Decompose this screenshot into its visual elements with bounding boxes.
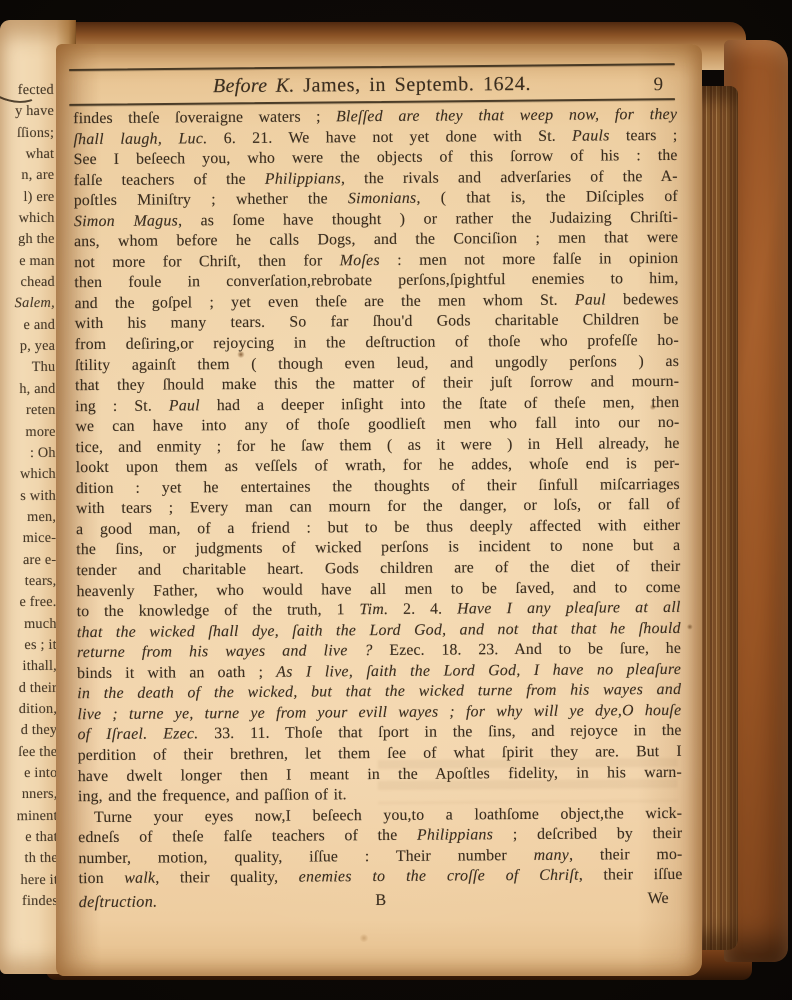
fragment-line: e that [2, 827, 58, 849]
page-content: Before K. James, in Septemb. 1624. 9 fin… [53, 42, 705, 978]
foxing-spot [237, 351, 245, 358]
fragment-line: dition, [1, 699, 57, 721]
fragment-line: what [0, 144, 54, 166]
fragment-line: ſſions; [0, 123, 54, 145]
fragment-line: Salem, [0, 293, 55, 315]
signature-line: deſtruction. B We [79, 889, 683, 915]
fragment-line: fected [0, 80, 54, 102]
fragment-line: d they [1, 720, 57, 742]
fragment-line: e into [1, 763, 57, 785]
fragment-line: findes [2, 891, 58, 913]
foxing-spot [649, 404, 656, 410]
fragment-line: which [0, 208, 55, 230]
fragment-line: d their [1, 677, 57, 699]
fragment-line: here it [2, 870, 58, 892]
fragment-line: which [0, 464, 56, 486]
fragment-line: minent [2, 806, 58, 828]
fragment-line: h, and [0, 379, 55, 401]
fragment-line: e man [0, 251, 55, 273]
catchword: We [647, 889, 668, 908]
fragment-line: gh the [0, 229, 55, 251]
fragment-line: e and [0, 315, 55, 337]
facing-page-fragments: fectedy haveſſions;whatn, arel) erewhich… [0, 80, 58, 913]
fragment-line: men, [0, 507, 56, 529]
fragment-line: much [1, 613, 57, 635]
fragment-line: p, yea [0, 336, 55, 358]
fragment-line: l) ere [0, 187, 54, 209]
fragment-line: mice- [0, 528, 56, 550]
foxing-spot [687, 624, 693, 630]
fragment-line: more [0, 421, 56, 443]
fragment-line: tears, [0, 571, 56, 593]
fragment-line: : Oh [0, 443, 56, 465]
fragment-line: ſee the [1, 742, 57, 764]
show-through-smudge [378, 758, 678, 804]
fragment-line: Thu [0, 357, 55, 379]
fragment-line: y have [0, 101, 54, 123]
page-number: 9 [653, 74, 663, 96]
foxing-spot [359, 934, 369, 942]
text-line: tion walk, their quality, enemies to the… [79, 865, 683, 890]
fragment-line: are e- [0, 549, 56, 571]
book-photo: fectedy haveſſions;whatn, arel) erewhich… [0, 0, 792, 1000]
fragment-line: th the [2, 848, 58, 870]
running-header: Before K. James, in Septemb. 1624. [69, 68, 675, 102]
fragment-line: es ; it [1, 635, 57, 657]
fragment-line: nners, [2, 784, 58, 806]
signature-mark: B [79, 889, 683, 912]
fragment-line: s with [0, 485, 56, 507]
fragment-line: chead [0, 272, 55, 294]
fragment-line: e free. [1, 592, 57, 614]
fragment-line: reten [0, 400, 56, 422]
fragment-line: n, are [0, 165, 54, 187]
fragment-line: ithall, [1, 656, 57, 678]
book-page: Before K. James, in Septemb. 1624. 9 fin… [56, 44, 702, 976]
